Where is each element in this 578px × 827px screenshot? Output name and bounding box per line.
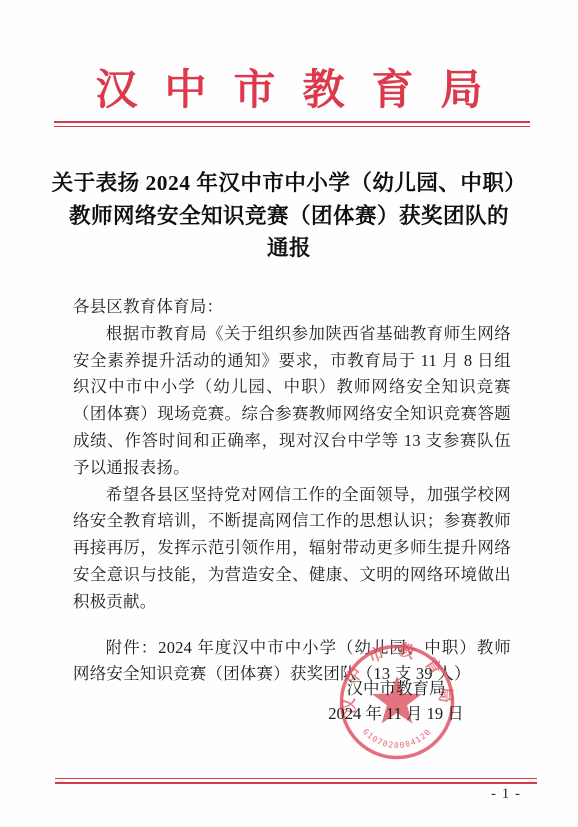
document-title-line-1: 关于表扬 2024 年汉中市中小学（幼儿园、中职）: [38, 167, 540, 200]
body-paragraph-2: 希望各县区坚持党对网信工作的全面领导，加强学校网络安全教育培训，不断提高网信工作…: [73, 482, 511, 616]
letterhead-agency-name: 汉中市教育局: [0, 68, 578, 114]
document-title-line-3: 通报: [38, 232, 540, 265]
document-title-line-2: 教师网络安全知识竞赛（团体赛）获奖团队的: [38, 200, 540, 233]
signature-date: 2024 年 11 月 19 日: [320, 702, 472, 727]
letterhead-divider-rule: [54, 121, 530, 127]
body-paragraph-1: 根据市教育局《关于组织参加陕西省基础教育师生网络安全素养提升活动的通知》要求，市…: [73, 321, 511, 482]
salutation: 各县区教育体育局：: [73, 294, 511, 321]
signature-agency: 汉中市教育局: [320, 677, 472, 702]
document-body: 各县区教育体育局： 根据市教育局《关于组织参加陕西省基础教育师生网络安全素养提升…: [73, 294, 511, 688]
footer-divider-rule: [55, 778, 537, 784]
page-number: - 1 -: [480, 786, 532, 803]
document-page: 汉中市教育局 关于表扬 2024 年汉中市中小学（幼儿园、中职） 教师网络安全知…: [0, 0, 578, 827]
seal-code-text: 6107020004120: [361, 727, 433, 750]
svg-text:6107020004120: 6107020004120: [361, 727, 433, 750]
document-title: 关于表扬 2024 年汉中市中小学（幼儿园、中职） 教师网络安全知识竞赛（团体赛…: [38, 167, 540, 265]
signature-block: 汉中市教育局 2024 年 11 月 19 日: [320, 677, 472, 726]
